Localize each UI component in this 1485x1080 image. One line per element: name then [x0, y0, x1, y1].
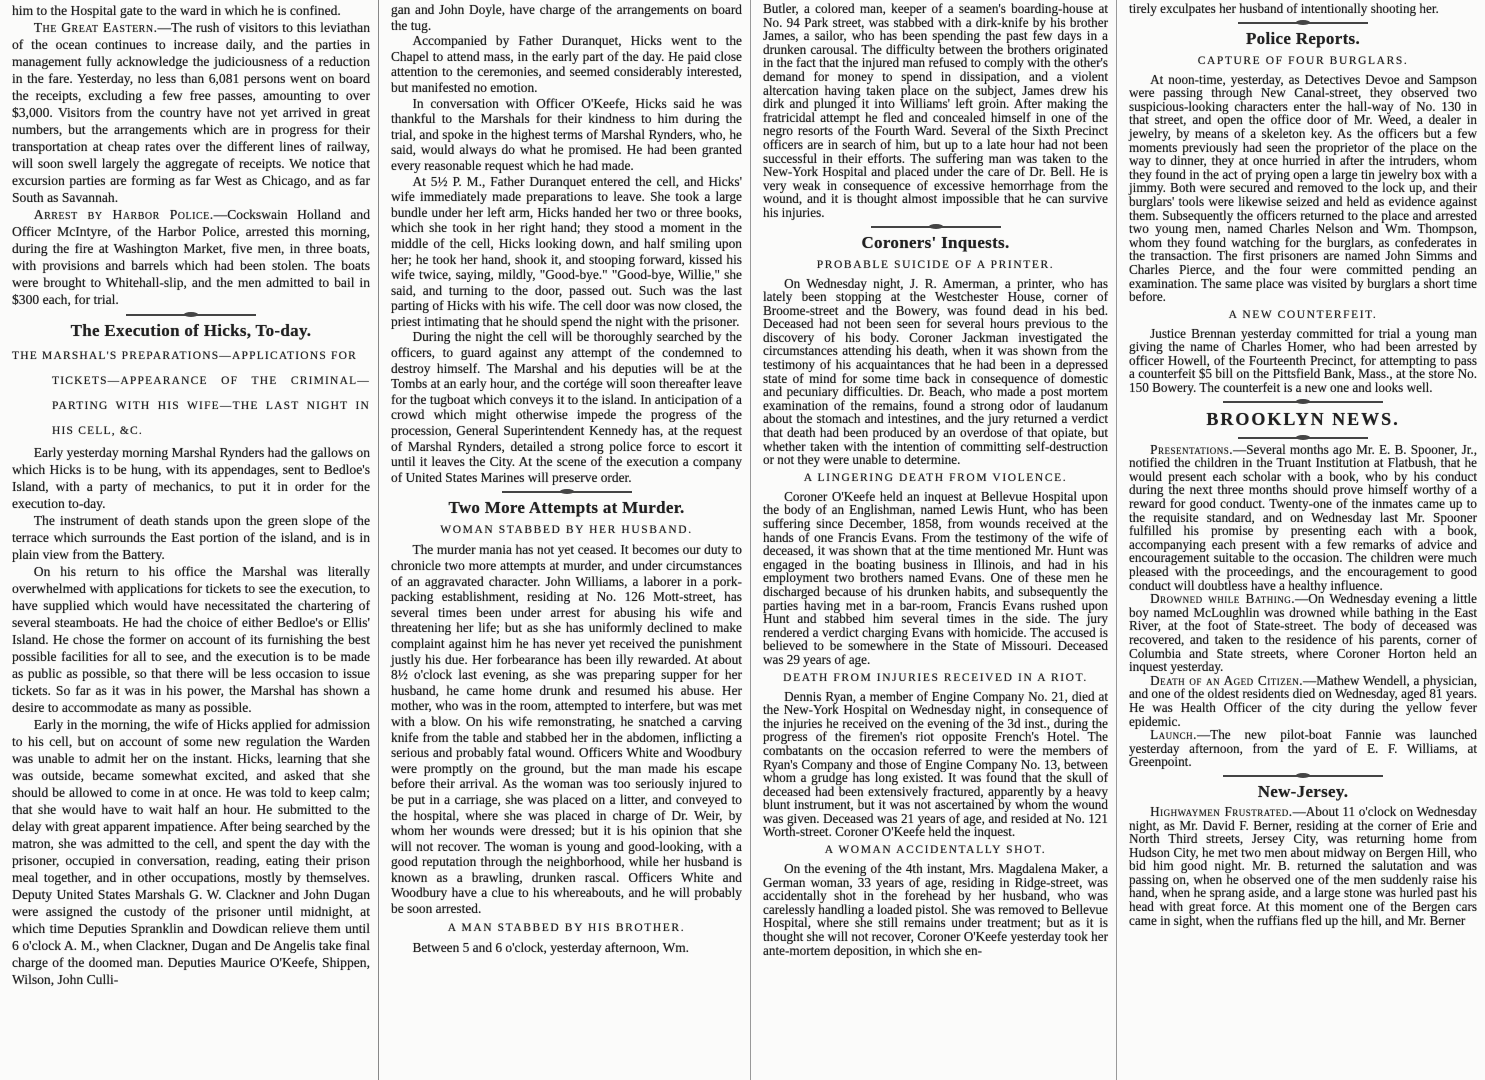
- article-paragraph: The murder mania has not yet ceased. It …: [391, 542, 742, 916]
- article-headline: Two More Attempts at Murder.: [391, 497, 742, 519]
- deck-continuation: Tickets—Appearance of the Criminal—Parti…: [12, 369, 370, 444]
- paragraph-text: —Several months ago Mr. E. B. Spooner, J…: [1129, 442, 1477, 593]
- article-subheading: Capture of Four Burglars.: [1129, 52, 1477, 70]
- paragraph-text: Accompanied by Father Duranquet, Hicks w…: [391, 33, 742, 95]
- column-4: tirely exculpates her husband of intenti…: [1116, 0, 1485, 1080]
- article-paragraph: Presentations.—Several months ago Mr. E.…: [1129, 443, 1477, 593]
- paragraph-text: The instrument of death stands upon the …: [12, 513, 370, 562]
- article-subheading: Death from Injuries Received in a Riot.: [763, 669, 1108, 687]
- article-deck: The Marshal's Preparations—Applications …: [12, 344, 370, 444]
- paragraph-text: —The rush of visitors to this leviathan …: [12, 20, 370, 205]
- article-headline: Police Reports.: [1129, 28, 1477, 50]
- article-paragraph: Launch.—The new pilot-boat Fannie was la…: [1129, 728, 1477, 769]
- paragraph-text: Coroner O'Keefe held an inquest at Belle…: [763, 489, 1108, 667]
- article-headline: The Execution of Hicks, To-day.: [12, 320, 370, 342]
- paragraph-text: Dennis Ryan, a member of Engine Company …: [763, 689, 1108, 840]
- paragraph-text: tirely exculpates her husband of intenti…: [1129, 1, 1439, 16]
- paragraph-text: Between 5 and 6 o'clock, yesterday after…: [412, 940, 689, 955]
- article-paragraph: Between 5 and 6 o'clock, yesterday after…: [391, 940, 742, 956]
- section-divider: [126, 314, 256, 316]
- section-divider: [1238, 437, 1368, 439]
- section-divider: [1223, 775, 1383, 777]
- article-paragraph: At noon-time, yesterday, as Detectives D…: [1129, 73, 1477, 304]
- paragraph-text: On the evening of the 4th instant, Mrs. …: [763, 861, 1108, 958]
- column-3: Butler, a colored man, keeper of a seame…: [750, 0, 1116, 1080]
- paragraph-lead-in: The Great Eastern.: [34, 20, 158, 35]
- paragraph-text: During the night the cell will be thorou…: [391, 329, 742, 484]
- column-1: him to the Hospital gate to the ward in …: [0, 0, 378, 1080]
- article-paragraph: On his return to his office the Marshal …: [12, 563, 370, 716]
- article-paragraph: In conversation with Officer O'Keefe, Hi…: [391, 96, 742, 174]
- article-paragraph: During the night the cell will be thorou…: [391, 329, 742, 485]
- paragraph-text: Butler, a colored man, keeper of a seame…: [763, 1, 1108, 220]
- article-paragraph: Early yesterday morning Marshal Rynders …: [12, 444, 370, 512]
- paragraph-text: The murder mania has not yet ceased. It …: [391, 542, 742, 916]
- article-subheading: Probable Suicide of a Printer.: [763, 256, 1108, 274]
- article-paragraph: Accompanied by Father Duranquet, Hicks w…: [391, 33, 742, 95]
- article-headline: Coroners' Inquests.: [763, 232, 1108, 254]
- section-banner: BROOKLYN NEWS.: [1129, 407, 1477, 431]
- paragraph-text: him to the Hospital gate to the ward in …: [12, 3, 341, 18]
- paragraph-text: —About 11 o'clock on Wednesday night, as…: [1129, 804, 1477, 928]
- section-divider: [502, 491, 632, 493]
- article-paragraph: On the evening of the 4th instant, Mrs. …: [763, 862, 1108, 957]
- article-headline: New-Jersey.: [1129, 781, 1477, 803]
- paragraph-text: Early yesterday morning Marshal Rynders …: [12, 445, 370, 511]
- article-paragraph: gan and John Doyle, have charge of the a…: [391, 2, 742, 33]
- paragraph-text: On Wednesday night, J. R. Amerman, a pri…: [763, 276, 1108, 468]
- section-divider: [871, 226, 1001, 228]
- paragraph-text: —Cockswain Holland and Officer McIntyre,…: [12, 207, 370, 307]
- article-paragraph: Coroner O'Keefe held an inquest at Belle…: [763, 490, 1108, 667]
- article-subheading: A Woman Accidentally Shot.: [763, 841, 1108, 859]
- article-paragraph: Drowned while Bathing.—On Wednesday even…: [1129, 592, 1477, 674]
- article-paragraph: On Wednesday night, J. R. Amerman, a pri…: [763, 277, 1108, 467]
- section-divider: [1223, 401, 1383, 403]
- deck-first-line: The Marshal's Preparations—Applications …: [12, 350, 357, 362]
- paragraph-text: Early in the morning, the wife of Hicks …: [12, 717, 370, 987]
- paragraph-text: At 5½ P. M., Father Duranquet entered th…: [391, 174, 742, 329]
- article-paragraph: Arrest by Harbor Police.—Cockswain Holla…: [12, 206, 370, 308]
- article-paragraph: Dennis Ryan, a member of Engine Company …: [763, 690, 1108, 840]
- article-paragraph: Justice Brennan yesterday committed for …: [1129, 327, 1477, 395]
- paragraph-text: On his return to his office the Marshal …: [12, 564, 370, 715]
- article-paragraph: The instrument of death stands upon the …: [12, 512, 370, 563]
- article-paragraph: Early in the morning, the wife of Hicks …: [12, 716, 370, 988]
- article-paragraph: Butler, a colored man, keeper of a seame…: [763, 2, 1108, 220]
- article-paragraph: him to the Hospital gate to the ward in …: [12, 2, 370, 19]
- paragraph-lead-in: Arrest by Harbor Police.: [34, 207, 214, 222]
- article-subheading: Woman Stabbed by her Husband.: [391, 521, 742, 539]
- article-subheading: A New Counterfeit.: [1129, 306, 1477, 324]
- paragraph-text: Justice Brennan yesterday committed for …: [1129, 326, 1477, 395]
- article-subheading: A Lingering Death from Violence.: [763, 469, 1108, 487]
- section-divider: [1238, 22, 1368, 24]
- article-paragraph: tirely exculpates her husband of intenti…: [1129, 2, 1477, 16]
- article-paragraph: Highwaymen Frustrated.—About 11 o'clock …: [1129, 805, 1477, 927]
- paragraph-text: gan and John Doyle, have charge of the a…: [391, 2, 742, 33]
- paragraph-text: In conversation with Officer O'Keefe, Hi…: [391, 96, 742, 173]
- paragraph-text: At noon-time, yesterday, as Detectives D…: [1129, 72, 1477, 305]
- article-subheading: A Man Stabbed by his Brother.: [391, 919, 742, 937]
- article-paragraph: The Great Eastern.—The rush of visitors …: [12, 19, 370, 206]
- article-paragraph: Death of an Aged Citizen.—Mathew Wendell…: [1129, 674, 1477, 728]
- column-2: gan and John Doyle, have charge of the a…: [378, 0, 750, 1080]
- article-paragraph: At 5½ P. M., Father Duranquet entered th…: [391, 174, 742, 330]
